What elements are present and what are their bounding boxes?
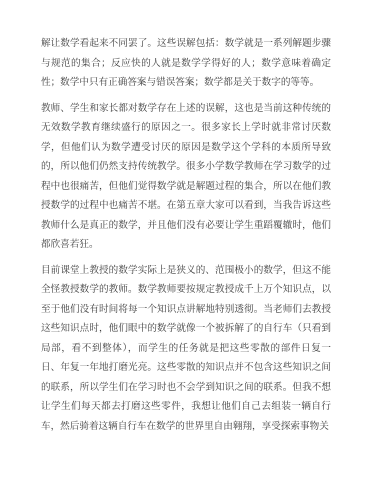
body-text: 解让数学看起来不同罢了。这些误解包括：数学就是一系列解题步骤与规范的集合；反应快… (41, 34, 331, 436)
paragraph-2: 教师、学生和家长都对数学存在上述的误解，这也是当前这种传统的无效数学教育继续盛行… (41, 99, 331, 255)
paragraph-3: 目前课堂上教授的数学实际上是狭义的、范围极小的数学，但这不能全怪教授数学的教师。… (41, 261, 331, 437)
paragraph-1: 解让数学看起来不同罢了。这些误解包括：数学就是一系列解题步骤与规范的集合；反应快… (41, 34, 331, 93)
ebook-page: 解让数学看起来不同罢了。这些误解包括：数学就是一系列解题步骤与规范的集合；反应快… (0, 0, 370, 480)
